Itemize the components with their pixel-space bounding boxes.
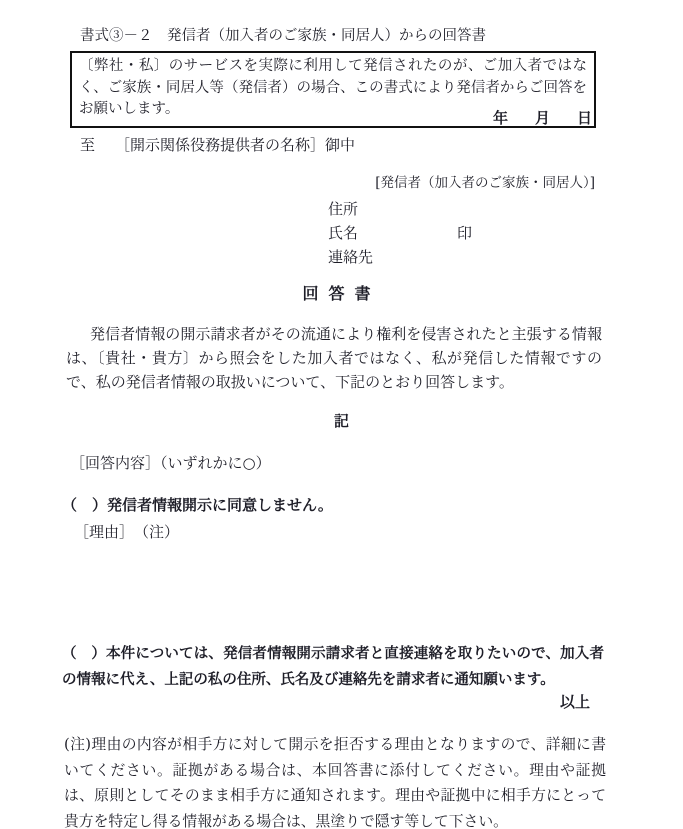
addressee-line: 至［開示関係役務提供者の名称］御中 [80,134,355,155]
note-paragraph: (注)理由の内容が相手方に対して開示を拒否する理由となりますので、詳細に書いてく… [64,732,606,829]
document-title: 回答書 [0,281,683,304]
sender-name-label: 氏名 [328,222,358,243]
option-direct-contact: （ ）本件については、発信者情報開示請求者と直接連絡を取りたいので、加入者の情報… [62,641,604,693]
seal-label: 印 [457,222,472,243]
sender-contact-label: 連絡先 [328,246,373,267]
reason-label-line: ［理由］ （注） [74,521,179,542]
addressee-prefix: 至 [80,136,95,154]
record-mark: 記 [0,410,683,431]
body-paragraph: 発信者情報の開示請求者がその流通により権利を侵害されたと主張する情報は、〔貴社・… [66,322,602,394]
answer-section-label: ［回答内容］（いずれかに○） [70,452,271,473]
sender-address-label: 住所 [328,198,358,219]
date-line: 年 月 日 [493,107,598,128]
sender-block-label: [発信者（加入者のご家族・同居人）] [375,171,595,191]
closing-mark: 以上 [560,691,590,712]
addressee-name: ［開示関係役務提供者の名称］御中 [115,136,355,154]
option-no-consent: （ ）発信者情報開示に同意しません。 [62,494,333,515]
form-id-heading: 書式③－２ 発信者（加入者のご家族・同居人）からの回答書 [80,24,486,45]
document-page: 書式③－２ 発信者（加入者のご家族・同居人）からの回答書 〔弊社・私〕のサービス… [0,0,683,829]
